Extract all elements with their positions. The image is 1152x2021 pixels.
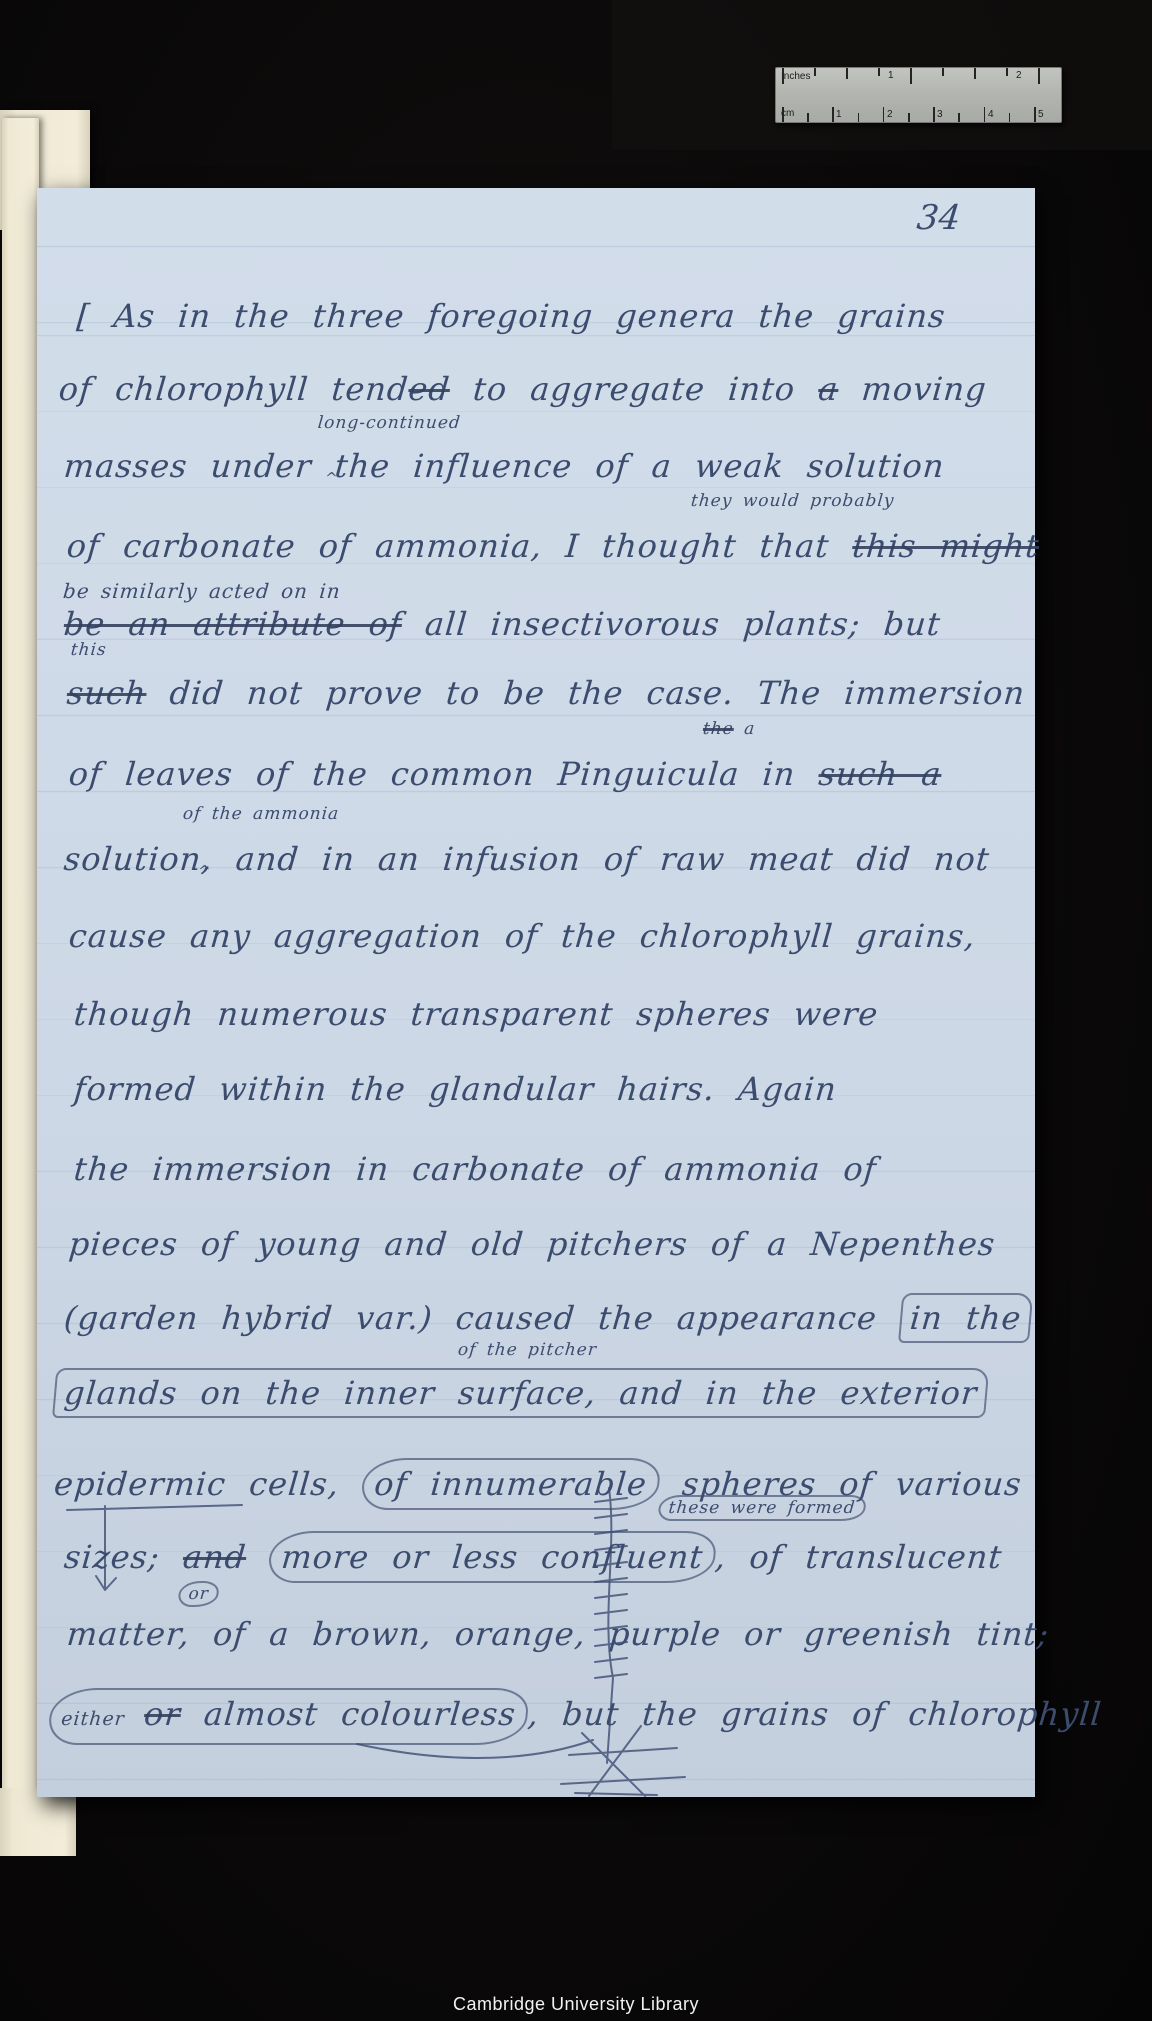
manuscript-line: the immersion in carbonate of ammonia of (72, 1146, 879, 1192)
deleted-text: or (143, 1695, 183, 1733)
manuscript-text (245, 1538, 271, 1576)
manuscript-line: epidermic cells, of innumerable spheres … (52, 1458, 1024, 1510)
manuscript-text: , of translucent (714, 1538, 1004, 1576)
interlinear-insertion: long-continued (317, 413, 462, 433)
ruler-tick (782, 107, 784, 122)
manuscript-line: such did not prove to be the case. The i… (65, 670, 1027, 716)
ruler-tick (1038, 68, 1040, 84)
ruler-tick (878, 68, 880, 76)
manuscript-text: moving (837, 370, 989, 408)
ruler-inch-number: 2 (1016, 70, 1022, 81)
manuscript-line: glands on the inner surface, and in the … (52, 1368, 990, 1418)
manuscript-text: almost colourless (179, 1695, 517, 1733)
ruler-tick (910, 68, 912, 84)
ruler-tick (984, 107, 986, 122)
manuscript-text: glands on the inner surface, and in the … (63, 1374, 980, 1412)
circled-revision-group: of innumerable (360, 1458, 661, 1510)
inserted-text: a (733, 719, 756, 739)
caret-mark: ^ (196, 848, 214, 894)
manuscript-text: formed within the glandular hairs. Again (72, 1070, 838, 1108)
manuscript-line: either or almost colourless, but the gra… (47, 1688, 1104, 1745)
underlying-page-edge-bottom (0, 1788, 76, 1856)
manuscript-line: solution, and in an infusion of raw meat… (62, 836, 992, 882)
ruler-cm-number: 4 (988, 109, 994, 120)
manuscript-line: of leaves of the common Pinguicula in su… (67, 751, 943, 797)
manuscript-line: formed within the glandular hairs. Again (72, 1066, 839, 1112)
caret-mark: ^ (323, 455, 341, 501)
library-caption: Cambridge University Library (0, 1994, 1152, 2015)
manuscript-text: all insectivorous plants; but (400, 605, 942, 643)
manuscript-line: [ As in the three foregoing genera the g… (75, 293, 948, 339)
inserted-text: they would probably (690, 491, 895, 511)
ruler-tick (807, 113, 809, 122)
boxed-revision-group: glands on the inner surface, and in the … (52, 1368, 990, 1418)
manuscript-line: masses under the influence of a weak sol… (62, 443, 947, 489)
circled-revision-group: more or less confluent (267, 1531, 717, 1583)
ruler-inch-unit-label: Inches (781, 71, 810, 82)
ruler-tick (814, 68, 816, 76)
manuscript-line: sizes; and more or less confluent, of tr… (62, 1531, 1005, 1583)
manuscript-text: be similarly acted on in (62, 579, 342, 603)
ruler-cm-number: 5 (1038, 109, 1044, 120)
inserted-text: of the pitcher (457, 1340, 598, 1360)
ruler-cm-number: 3 (937, 109, 943, 120)
ruler-cm-number: 1 (836, 109, 842, 120)
ruler-tick (832, 107, 834, 122)
inserted-text: or (188, 1584, 210, 1604)
manuscript-text: [ As in the three foregoing genera the g… (75, 297, 947, 335)
deleted-text: the (702, 719, 735, 739)
manuscript-text: of carbonate of ammonia, I thought that (65, 527, 854, 565)
manuscript-text: of innumerable (373, 1465, 649, 1503)
interlinear-insertion: or (177, 1581, 220, 1607)
ruler: Inches 12 cm 12345 (775, 67, 1062, 123)
manuscript-text: the immersion in carbonate of ammonia of (72, 1150, 878, 1188)
underlying-page-edge-left (2, 118, 39, 1808)
boxed-revision-group: in the (898, 1293, 1034, 1343)
manuscript-text: either (60, 1708, 144, 1730)
ruler-tick (858, 113, 860, 122)
page-number: 34 (915, 198, 962, 238)
manuscript-text: to aggregate into (448, 370, 820, 408)
interlinear-insertion: the a (702, 719, 756, 739)
interlinear-insertion: this (70, 640, 108, 660)
interlinear-insertion: these were formed (657, 1495, 866, 1521)
manuscript-text: masses under the influence of a weak sol… (62, 447, 946, 485)
inserted-text: this (70, 640, 108, 660)
deleted-text: such (65, 674, 148, 712)
manuscript-line: of chlorophyll tended to aggregate into … (57, 366, 989, 412)
ruler-tick (974, 68, 976, 79)
ruler-cm-scale: cm 12345 (776, 95, 1061, 122)
manuscript-line: (garden hybrid var.) caused the appearan… (62, 1293, 1034, 1343)
manuscript-text: matter, of a brown, orange, purple or gr… (65, 1615, 1050, 1653)
ruler-tick (782, 68, 784, 84)
manuscript-text: more or less confluent (280, 1538, 705, 1576)
deleted-text: be an attribute of (62, 605, 403, 643)
interlinear-insertion: of the pitcher (457, 1340, 598, 1360)
manuscript-line: pieces of young and old pitchers of a Ne… (67, 1221, 997, 1267)
manuscript-text: , but the grains of chlorophyll (526, 1695, 1103, 1733)
manuscript-line: matter, of a brown, orange, purple or gr… (65, 1611, 1051, 1657)
manuscript-text: did not prove to be the case. The immers… (145, 674, 1027, 712)
ruler-tick (883, 107, 885, 122)
manuscript-text: of leaves of the common Pinguicula in (67, 755, 820, 793)
manuscript-line: of carbonate of ammonia, I thought that … (65, 523, 1041, 569)
manuscript-text: pieces of young and old pitchers of a Ne… (67, 1225, 997, 1263)
ruler-tick (958, 113, 960, 122)
deleted-text: such a (817, 755, 943, 793)
ruler-inch-scale: Inches 12 (776, 68, 1061, 95)
interlinear-insertion: they would probably (690, 491, 895, 511)
manuscript-text: in the (908, 1299, 1023, 1337)
photograph: Inches 12 cm 12345 34 [ As in the three … (0, 0, 1152, 2021)
ruler-cm-number: 2 (887, 109, 893, 120)
manuscript-text: though numerous transparent spheres were (72, 995, 880, 1033)
inserted-text: long-continued (317, 413, 462, 433)
ruler-tick (846, 68, 848, 79)
manuscript-page: 34 [ As in the three foregoing genera th… (37, 188, 1035, 1797)
ruler-tick (1009, 113, 1011, 122)
manuscript-text: epidermic cells, (53, 1465, 364, 1503)
circled-revision-group: either or almost colourless (47, 1688, 530, 1745)
manuscript-line: cause any aggregation of the chlorophyll… (67, 913, 978, 959)
manuscript-text: sizes; (63, 1538, 185, 1576)
manuscript-text: of chlorophyll tend (57, 370, 410, 408)
deleted-text: ed (407, 370, 452, 408)
manuscript-line: be an attribute of all insectivorous pla… (62, 601, 943, 647)
ruler-inch-number: 1 (888, 70, 894, 81)
ruler-tick (1006, 68, 1008, 76)
deleted-text: and (181, 1538, 247, 1576)
ruler-tick (1034, 107, 1036, 122)
ruler-tick (908, 113, 910, 122)
manuscript-text: (garden hybrid var.) caused the appearan… (63, 1299, 902, 1337)
inserted-text: these were formed (668, 1498, 857, 1518)
manuscript-text: cause any aggregation of the chlorophyll… (67, 917, 977, 955)
interlinear-insertion: of the ammonia (182, 804, 340, 824)
inserted-text: of the ammonia (182, 804, 340, 824)
ruler-tick (942, 68, 944, 76)
deleted-text: this might (851, 527, 1041, 565)
manuscript-line: though numerous transparent spheres were (72, 991, 880, 1037)
ruler-tick (933, 107, 935, 122)
